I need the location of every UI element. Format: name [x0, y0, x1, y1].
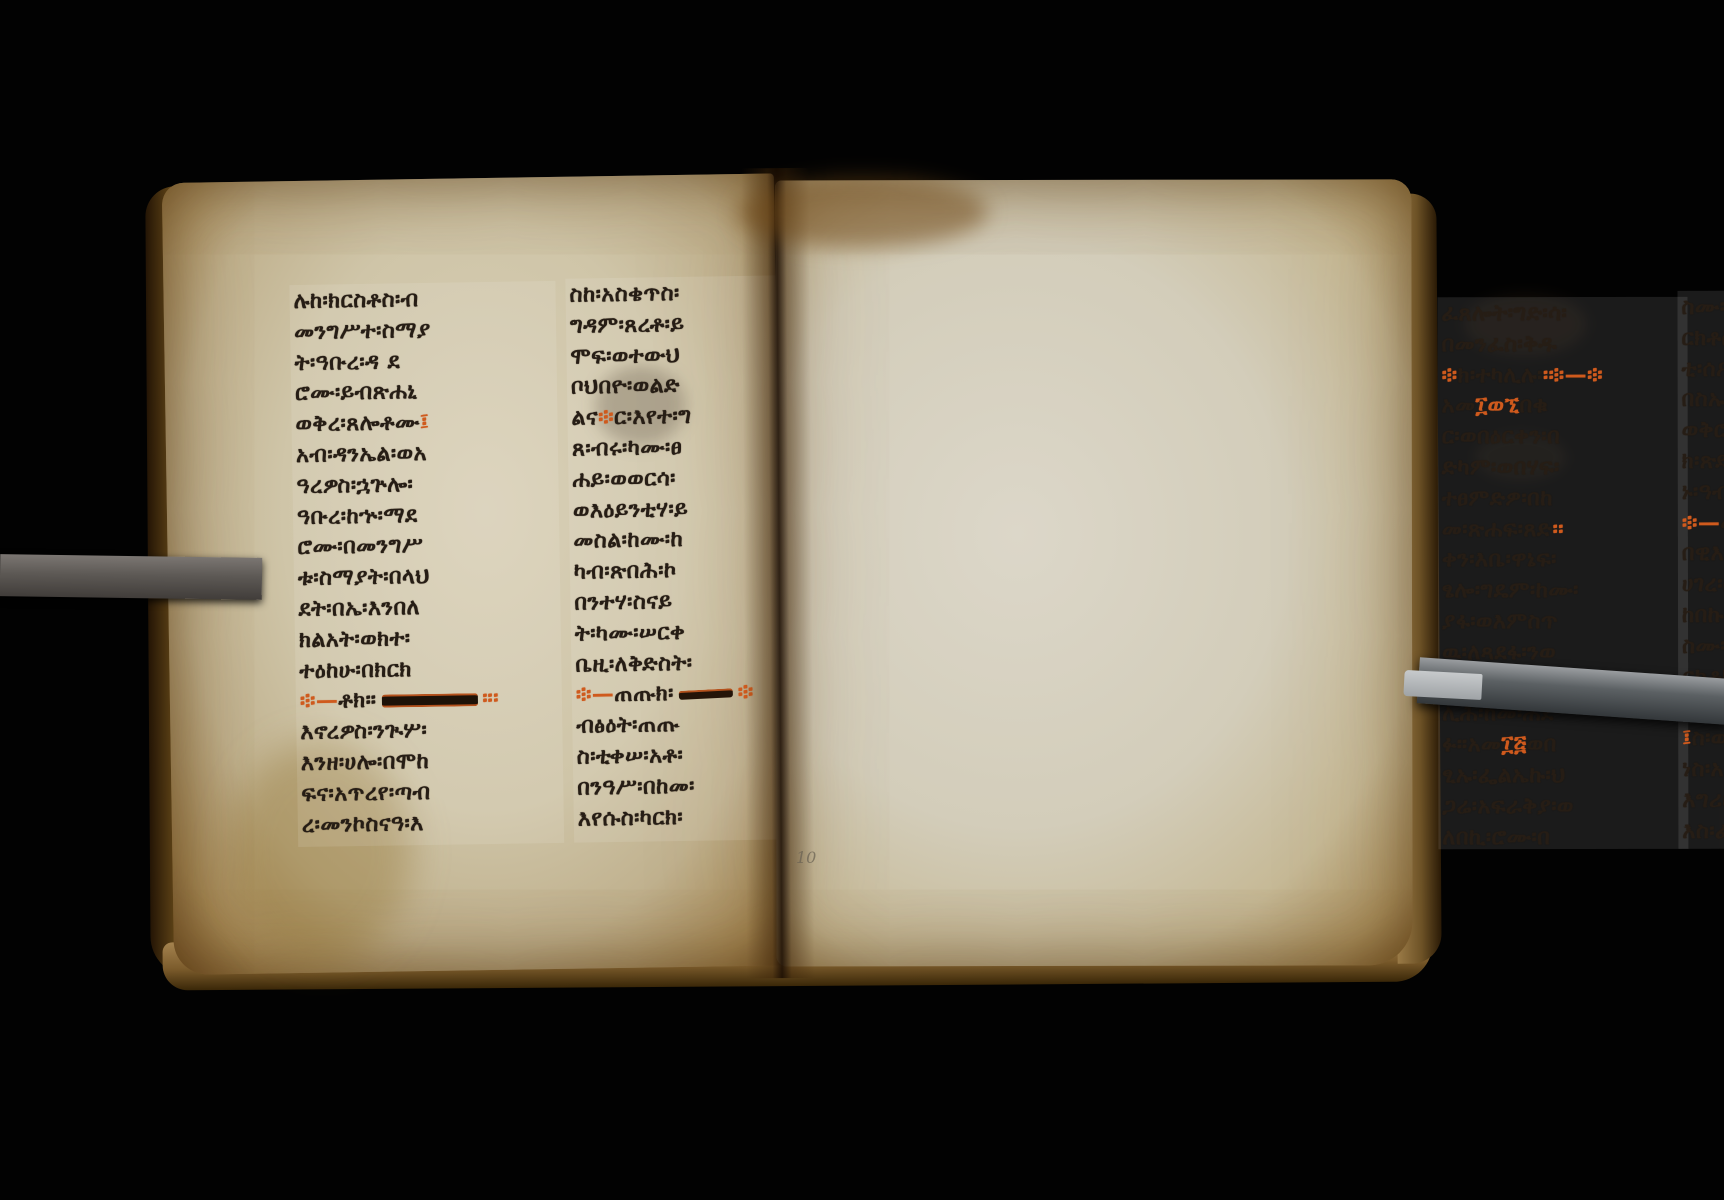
ink-text: ኑ፡ዓብ፡ዘሐን፡ወ: [1682, 479, 1724, 504]
text-line: ሉከ፡ክርስቶስ፡ብ: [293, 283, 551, 318]
rubric-red-text: ፨: [1442, 363, 1458, 388]
text-line: ስሙ፡ኤየሱ፡ከ: [1681, 292, 1724, 323]
ink-text: ሐይ፡ወወርሳ፡: [572, 466, 676, 493]
rubric-divider-bar: [679, 688, 733, 700]
text-line: እስ፡ፈስዋሁ፡ብ: [1682, 816, 1724, 847]
ink-text: ተፀምድዎ፡በከ: [1442, 486, 1553, 511]
text-line: አብ፡ዳንኤል፡ወአ: [296, 437, 554, 472]
right-strap-silver-tip: [1403, 670, 1482, 700]
ink-text: ርክቶስ፡በጾሮ: [1682, 325, 1724, 350]
ink-text: መርክ ።: [1720, 510, 1724, 535]
ink-text: ዓረዎስ፡ኋጕሎ፡: [296, 472, 413, 499]
text-line: ፨ክ፡ተካሊሉ፡፡፨—፨: [1442, 360, 1684, 391]
text-line: ርክቶስ፡በጾሮ: [1682, 323, 1724, 354]
ink-text: ፂኡ፡ፌልኤኩ፡ህ: [1442, 763, 1565, 788]
text-line: አመ፲ወኚበቁ: [1442, 391, 1684, 422]
ink-text: መ፡ጽሐፍ፡ጸድ: [1442, 517, 1553, 542]
ink-text: እንዘ፡ሀሎ፡በሞከ: [301, 749, 430, 776]
ink-text: ሮሙ፡በመንግሥ: [297, 533, 423, 560]
ink-text: ሉከ፡ክርስቶስ፡ብ: [293, 287, 418, 314]
ink-text: እግሪሁ፡ከዋዋች፡: [1682, 787, 1724, 812]
text-line: ፤ስ፡ወይቤሎ፡ኃና: [1682, 724, 1724, 755]
text-line: ዓቡረ፡ከኍ፡ማደ: [297, 499, 555, 534]
text-line: ጋሬ፡አፍራቅያ፡ወ: [1442, 792, 1684, 823]
ink-text: ቲ፡ሰዖል፡እጾ፡ወ: [1682, 356, 1724, 381]
rubric-divider-bar: [381, 693, 477, 708]
rubric-red-text: ።፡: [482, 686, 499, 711]
text-line: ወቅሮስ፡አምለ: [1682, 416, 1724, 447]
text-line: በስኡለቱ፡ለኦበ: [1682, 385, 1724, 416]
ink-text: ጸ፡ብሩ፡ካሙ፡ፀ: [572, 435, 683, 462]
text-line: መ፡ጽሐፍ፡ጸድ፡፡: [1442, 514, 1684, 545]
ink-text: መስል፡ከሙ፡ከ: [573, 527, 683, 554]
text-line: ሀገረ፡ስማርያ፡ወ: [1682, 570, 1724, 601]
text-column-left-1: ሉከ፡ክርስቶስ፡ብመንግሥተ፡ስማያት፡ዓቡረ፡ዳ ደሮሙ፡ይብጽሐኒወቅረ፡…: [289, 281, 564, 847]
text-line: ት፡ዓቡረ፡ዳ ደ: [294, 345, 552, 380]
text-column-right-1: ፈጸሎት፡ግድ፡ሳ፡በመንፈስ፡ቅዱ፨ክ፡ተካሊሉ፡፡፨—፨አመ፲ወኚበቁር፡ወ…: [1437, 297, 1688, 849]
ink-text: ነስ፡አምለክ፡ብ፡: [1682, 757, 1724, 782]
ink-text: ጋሬ፡አፍራቅያ፡ወ: [1442, 794, 1574, 819]
text-line: ፈጸሎት፡ግድ፡ሳ፡: [1441, 299, 1683, 330]
ink-text: ካብ፡ጽበሕ፡ኮ: [574, 558, 677, 585]
rubric-red-text: ፡፨—፨: [1543, 363, 1603, 388]
ink-text: ጠጡክ፡: [614, 681, 674, 707]
ink-text: ሮሙ፡ይብጽሐኒ: [295, 379, 418, 406]
text-line: ቲ፡ሰዖል፡እጾ፡ወ: [1682, 354, 1724, 385]
text-line: ቀን፡እቤ፡ዋኔፍ፡: [1442, 545, 1684, 576]
rubric-red-text: ፨—: [300, 689, 339, 715]
ink-text: ረ፡መንኮስናዓ፡እ: [302, 811, 424, 838]
ink-text: ቶክ።: [338, 688, 376, 714]
rubric-red-text: ፲፭: [1501, 732, 1526, 757]
text-line: እኖረዎስ፡ንጒሦ፡: [300, 714, 558, 749]
ink-text: ድካም፡ወበሃፍ፡: [1442, 455, 1560, 480]
text-line: ፨—መርክ ።።: [1682, 508, 1724, 539]
ink-text: እኖረዎስ፡ንጒሦ፡: [300, 718, 427, 745]
text-line: ፍና፡አጥረየ፡ጣብ: [301, 776, 559, 811]
ink-text: ወቅረ፡ጸሎቶሙ: [295, 410, 420, 437]
text-line: ስሙ፡ጄየሱኩ፡ክ: [1682, 631, 1724, 662]
text-line: ዓረዎስ፡ኋጕሎ፡: [296, 468, 554, 503]
text-line: ነስ፡አምለክ፡ብ፡: [1682, 754, 1724, 785]
text-line: ሮሙ፡በመንግሥ: [297, 529, 555, 564]
text-line: ሮሙ፡ይብጽሐኒ: [295, 375, 553, 410]
ink-text: እስ፡ፈስዋሁ፡ብ: [1682, 818, 1724, 843]
ink-text: ግዳም፡ጸረቶ፡ይ: [570, 312, 685, 339]
ink-text: ወእዕይንቲሃ፡ይ: [573, 496, 689, 523]
rubric-red-text: ፡፡: [1553, 517, 1564, 542]
text-line: ረ፡መንኮስናዓ፡እ: [302, 806, 560, 841]
ink-text: ልና: [571, 405, 598, 430]
ink-text: ደት፡በኤ፡እንበለ: [298, 595, 420, 622]
left-bookmark-strap: [0, 554, 262, 600]
ink-text: መንግሥተ፡ስማያ: [294, 318, 431, 345]
pencil-page-number: 10: [796, 848, 816, 867]
text-line: እንዘ፡ሀሎ፡በሞከ: [301, 745, 559, 780]
ink-text: ፍና፡አጥረየ፡ጣብ: [301, 780, 431, 807]
ink-text: በመንፈስ፡ቅዱ: [1442, 332, 1557, 357]
ink-text: ወቅሮስ፡አምለ: [1682, 418, 1724, 443]
text-line: በመንፈስ፡ቅዱ: [1442, 330, 1684, 361]
text-line: ፨—ቶክ።።፡: [300, 683, 558, 718]
text-line: መንግሥተ፡ስማያ: [294, 314, 552, 349]
ink-text: በንተሃ፡ስናይ: [574, 589, 672, 616]
ink-text: ቱ፡ስማያት፡በላህ: [298, 564, 430, 591]
ink-text: ዓቡረ፡ከኍ፡ማደ: [297, 503, 418, 530]
text-line: እግሪሁ፡ከዋዋች፡: [1682, 785, 1724, 816]
ink-text: ት፡ካሙ፡ሠርቀ: [575, 620, 686, 647]
text-column-right-2: ስሙ፡ኤየሱ፡ከርክቶስ፡በጾሮቲ፡ሰዖል፡እጾ፡ወበስኡለቱ፡ለኦበወቅሮስ፡…: [1677, 290, 1724, 848]
text-line: ተዕከሁ፡በክርክ: [299, 652, 557, 687]
rubric-red-text: ፤: [1682, 726, 1692, 751]
text-line: ኑ፡ዓብ፡ዘሐን፡ወ: [1682, 477, 1724, 508]
text-line: ፄሎ፡ግዴም፡ከሙ፡: [1442, 576, 1684, 607]
text-line: ክ፡ጽድቅ፡ምርሕ: [1682, 446, 1724, 477]
text-line: ፂኡ፡ፌልኤኩ፡ህ: [1442, 761, 1684, 792]
ink-text: አመ: [1442, 394, 1476, 419]
ink-text: ር፡እየተ፡ግ: [614, 404, 692, 430]
rubric-red-text: ፲ወኚ: [1475, 394, 1519, 419]
ink-text: ያፋ፡ወእምስጥ: [1442, 609, 1558, 634]
ink-text: ወበ: [1527, 732, 1557, 757]
ink-text: ት፡ዓቡረ፡ዳ ደ: [294, 349, 400, 376]
ink-text: በቁ: [1519, 393, 1548, 418]
manuscript-book: ሉከ፡ክርስቶስ፡ብመንግሥተ፡ስማያት፡ዓቡረ፡ዳ ደሮሙ፡ይብጽሐኒወቅረ፡…: [137, 163, 1448, 997]
ink-text: ከበኩ፡ሎሙ፡በ: [1682, 603, 1724, 628]
ink-text: በንዓሥ፡በከመ፡: [577, 774, 695, 801]
ink-text: በዊእ፡ፊልእኩ፡: [1682, 541, 1724, 566]
text-line: በዊእ፡ፊልእኩ፡: [1682, 539, 1724, 570]
text-line: ደት፡በኤ፡እንበለ: [298, 591, 556, 626]
text-line: ወቅረ፡ጸሎቶሙ፤: [295, 406, 553, 441]
text-line: ያፋ፡ወእምስጥ: [1442, 607, 1684, 638]
ink-text: ስሙ፡ጄየሱኩ፡ክ: [1682, 633, 1724, 658]
text-line: ድካም፡ወበሃፍ፡: [1442, 453, 1684, 484]
ink-text: ፈጸሎት፡ግድ፡ሳ፡: [1441, 301, 1567, 326]
text-line: ተፀምድዎ፡በከ: [1442, 484, 1684, 515]
text-line: ክልአት፡ወክተ፡: [299, 622, 557, 657]
right-page: ፈጸሎት፡ግድ፡ሳ፡በመንፈስ፡ቅዱ፨ክ፡ተካሊሉ፡፡፨—፨አመ፲ወኚበቁር፡ወ…: [775, 179, 1412, 966]
text-line: ከበኩ፡ሎሙ፡በ: [1682, 600, 1724, 631]
ink-text: አብ፡ዳንኤል፡ወአ: [296, 441, 427, 468]
ink-text: ብፅዕት፡ጠጡ: [576, 712, 679, 739]
ink-text: እየሱስ፡ካርክ፡: [578, 805, 684, 832]
ink-text: ሞፍ፡ወተውህ: [570, 343, 680, 370]
ink-text: ለበኪ፡ሮሙ፡በ: [1442, 825, 1550, 850]
ink-text: ስ፡ቲቀሠ፡አቶ፡: [577, 743, 684, 770]
text-line: ፉ።አመ፲፭ወበ: [1442, 730, 1684, 761]
ink-text: ቀን፡እቤ፡ዋኔፍ፡: [1442, 547, 1557, 572]
text-line: ር፡ወበዕርቀን፡በ: [1442, 422, 1684, 453]
ink-text: ተዕከሁ፡በክርክ: [299, 657, 412, 684]
ink-text: ስሙ፡ኤየሱ፡ከ: [1681, 295, 1724, 320]
ink-text: ሀገረ፡ስማርያ፡ወ: [1682, 572, 1724, 597]
ink-text: ቦህበዮ፡ወልድ: [571, 373, 680, 400]
rubric-red-text: ፨—: [576, 682, 615, 708]
ink-text: በስኡለቱ፡ለኦበ: [1682, 387, 1724, 412]
ink-text: ክ፡ተካሊሉ፡: [1458, 363, 1543, 388]
ink-text: ክልአት፡ወክተ፡: [299, 626, 411, 653]
ink-text: ቤዚ፡ለቅድስት፡: [575, 650, 692, 677]
ink-text: ፄሎ፡ግዴም፡ከሙ፡: [1442, 578, 1579, 603]
ink-text: ስ፡ወይቤሎ፡ኃና: [1692, 726, 1724, 751]
rubric-red-text: ፨—: [1682, 510, 1720, 535]
ink-text: ስከ፡አስቄጥስ፡: [569, 281, 680, 308]
ink-text: ፉ።አመ: [1442, 732, 1501, 757]
ink-text: ር፡ወበዕርቀን፡በ: [1442, 424, 1561, 449]
rubric-red-text: ፨: [598, 405, 614, 430]
photo-stage: ሉከ፡ክርስቶስ፡ብመንግሥተ፡ስማያት፡ዓቡረ፡ዳ ደሮሙ፡ይብጽሐኒወቅረ፡…: [0, 0, 1724, 1200]
rubric-red-text: ፤: [420, 410, 430, 435]
text-line: ለበኪ፡ሮሙ፡በ: [1442, 822, 1684, 853]
text-line: ቱ፡ስማያት፡በላህ: [298, 560, 556, 595]
ink-text: ክ፡ጽድቅ፡ምርሕ: [1682, 449, 1724, 474]
